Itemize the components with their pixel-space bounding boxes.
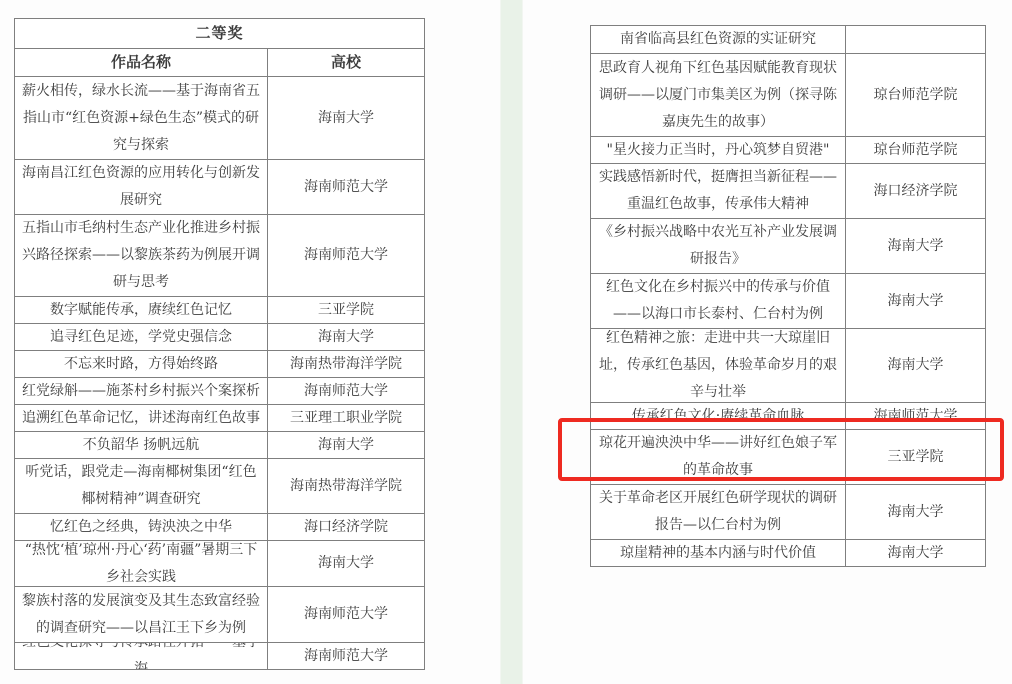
- table-row: 薪火相传，绿水长流——基于海南省五指山市“红色资源+绿色生态”模式的研究与探索 …: [15, 76, 424, 159]
- college-cell: 三亚学院: [846, 430, 985, 484]
- work-name-cell: 海南昌江红色资源的应用转化与创新发展研究: [15, 160, 268, 214]
- college-cell: 海南大学: [846, 219, 985, 273]
- work-name-cell: 五指山市毛纳村生态产业化推进乡村振兴路径探索——以黎族茶药为例展开调研与思考: [15, 215, 268, 296]
- college-cell: 海口经济学院: [846, 164, 985, 218]
- table-row: 追溯红色革命记忆，讲述海南红色故事 三亚理工职业学院: [15, 404, 424, 431]
- work-name-cell: 传承红色文化·赓续革命血脉: [591, 403, 846, 429]
- college-cell: 海南师范大学: [846, 403, 985, 429]
- table-row: 关于革命老区开展红色研学现状的调研报告—以仁台村为例 海南大学: [591, 484, 985, 539]
- table-row: 追寻红色足迹，学党史强信念 海南大学: [15, 323, 424, 350]
- second-prize-table-left-page: 二等奖 作品名称 高校 薪火相传，绿水长流——基于海南省五指山市“红色资源+绿色…: [14, 18, 425, 670]
- table-row: 南省临高县红色资源的实证研究: [591, 26, 985, 53]
- work-name-cell: 黎族村落的发展演变及其生态致富经验的调查研究——以昌江王下乡为例: [15, 587, 268, 642]
- table-row: “热忱‘植’琼州·丹心‘药’南疆”暑期三下乡社会实践 海南大学: [15, 540, 424, 586]
- work-name-cell: 琼花开遍泱泱中华——讲好红色娘子军的革命故事: [591, 430, 846, 484]
- work-name-cell: 《乡村振兴战略中农光互补产业发展调研报告》: [591, 219, 846, 273]
- college-cell: 海南大学: [268, 541, 424, 586]
- work-name-cell: "星火接力正当时，丹心筑梦自贸港": [591, 137, 846, 163]
- work-name-cell: 红党绿斛——施茶村乡村振兴个案探析: [15, 378, 268, 404]
- work-name-cell: 听党话，跟党走—海南椰树集团“红色椰树精神”调查研究: [15, 459, 268, 513]
- table-row: 红色文化探寻与传承路径开拓——基于海 海南师范大学: [15, 642, 424, 669]
- college-cell: 海口经济学院: [268, 514, 424, 540]
- work-name-cell: 红色精神之旅：走进中共一大琼崖旧址，传承红色基因，体验革命岁月的艰辛与壮举: [591, 329, 846, 402]
- table-row: 不忘来时路，方得始终路 海南热带海洋学院: [15, 350, 424, 377]
- college-cell: 三亚理工职业学院: [268, 405, 424, 431]
- college-cell: 海南师范大学: [268, 215, 424, 296]
- work-name-cell: “热忱‘植’琼州·丹心‘药’南疆”暑期三下乡社会实践: [15, 541, 268, 586]
- table-row: 听党话，跟党走—海南椰树集团“红色椰树精神”调查研究 海南热带海洋学院: [15, 458, 424, 513]
- work-name-cell: 思政育人视角下红色基因赋能教育现状调研——以厦门市集美区为例（探寻陈嘉庚先生的故…: [591, 54, 846, 136]
- work-name-cell: 薪火相传，绿水长流——基于海南省五指山市“红色资源+绿色生态”模式的研究与探索: [15, 77, 268, 159]
- scanned-award-document: { "colors": { "page_background": "#fffff…: [0, 0, 1012, 684]
- college-cell: 海南热带海洋学院: [268, 459, 424, 513]
- table-row: 海南昌江红色资源的应用转化与创新发展研究 海南师范大学: [15, 159, 424, 214]
- college-cell: 海南大学: [268, 432, 424, 458]
- college-cell: 琼台师范学院: [846, 137, 985, 163]
- work-name-cell: 不忘来时路，方得始终路: [15, 351, 268, 377]
- college-cell: 三亚学院: [268, 297, 424, 323]
- work-name-cell: 红色文化探寻与传承路径开拓——基于海: [15, 643, 268, 669]
- table-row: 琼崖精神的基本内涵与时代价值 海南大学: [591, 539, 985, 566]
- college-cell: 海南师范大学: [268, 587, 424, 642]
- college-cell: 海南师范大学: [268, 643, 424, 669]
- college-cell: 海南大学: [846, 540, 985, 566]
- work-name-cell: 实践感悟新时代，挺膺担当新征程——重温红色故事，传承伟大精神: [591, 164, 846, 218]
- work-name-cell: 红色文化在乡村振兴中的传承与价值——以海口市长泰村、仁台村为例: [591, 274, 846, 328]
- college-cell: 海南大学: [846, 485, 985, 539]
- page-gutter-band: [500, 0, 523, 684]
- table-row: 红色文化在乡村振兴中的传承与价值——以海口市长泰村、仁台村为例 海南大学: [591, 273, 985, 328]
- column-header-work-name: 作品名称: [15, 49, 268, 76]
- college-cell: 海南大学: [268, 324, 424, 350]
- college-cell: [846, 26, 985, 53]
- table-row: 五指山市毛纳村生态产业化推进乡村振兴路径探索——以黎族茶药为例展开调研与思考 海…: [15, 214, 424, 296]
- college-cell: 海南大学: [268, 77, 424, 159]
- work-name-cell: 追溯红色革命记忆，讲述海南红色故事: [15, 405, 268, 431]
- table-row: 实践感悟新时代，挺膺担当新征程——重温红色故事，传承伟大精神 海口经济学院: [591, 163, 985, 218]
- table-header-row: 作品名称 高校: [15, 48, 424, 76]
- table-row: 《乡村振兴战略中农光互补产业发展调研报告》 海南大学: [591, 218, 985, 273]
- work-name-cell: 琼崖精神的基本内涵与时代价值: [591, 540, 846, 566]
- table-row-highlighted: 琼花开遍泱泱中华——讲好红色娘子军的革命故事 三亚学院: [591, 429, 985, 484]
- work-name-cell: 不负韶华 扬帆远航: [15, 432, 268, 458]
- work-name-cell: 数字赋能传承，赓续红色记忆: [15, 297, 268, 323]
- table-row: 红党绿斛——施茶村乡村振兴个案探析 海南师范大学: [15, 377, 424, 404]
- table-row: 红色精神之旅：走进中共一大琼崖旧址，传承红色基因，体验革命岁月的艰辛与壮举 海南…: [591, 328, 985, 402]
- prize-tier-title: 二等奖: [15, 19, 424, 48]
- table-row: 忆红色之经典，铸泱泱之中华 海口经济学院: [15, 513, 424, 540]
- college-cell: 海南师范大学: [268, 378, 424, 404]
- column-header-college: 高校: [268, 49, 424, 76]
- college-cell: 海南大学: [846, 329, 985, 402]
- work-name-cell: 追寻红色足迹，学党史强信念: [15, 324, 268, 350]
- table-row: "星火接力正当时，丹心筑梦自贸港" 琼台师范学院: [591, 136, 985, 163]
- college-cell: 琼台师范学院: [846, 54, 985, 136]
- college-cell: 海南大学: [846, 274, 985, 328]
- table-row: 不负韶华 扬帆远航 海南大学: [15, 431, 424, 458]
- second-prize-table-right-page: 南省临高县红色资源的实证研究 思政育人视角下红色基因赋能教育现状调研——以厦门市…: [590, 25, 986, 567]
- college-cell: 海南师范大学: [268, 160, 424, 214]
- table-row: 数字赋能传承，赓续红色记忆 三亚学院: [15, 296, 424, 323]
- work-name-cell: 南省临高县红色资源的实证研究: [591, 26, 846, 53]
- work-name-cell: 关于革命老区开展红色研学现状的调研报告—以仁台村为例: [591, 485, 846, 539]
- college-cell: 海南热带海洋学院: [268, 351, 424, 377]
- table-row: 思政育人视角下红色基因赋能教育现状调研——以厦门市集美区为例（探寻陈嘉庚先生的故…: [591, 53, 985, 136]
- table-row: 黎族村落的发展演变及其生态致富经验的调查研究——以昌江王下乡为例 海南师范大学: [15, 586, 424, 642]
- work-name-cell: 忆红色之经典，铸泱泱之中华: [15, 514, 268, 540]
- table-row: 传承红色文化·赓续革命血脉 海南师范大学: [591, 402, 985, 429]
